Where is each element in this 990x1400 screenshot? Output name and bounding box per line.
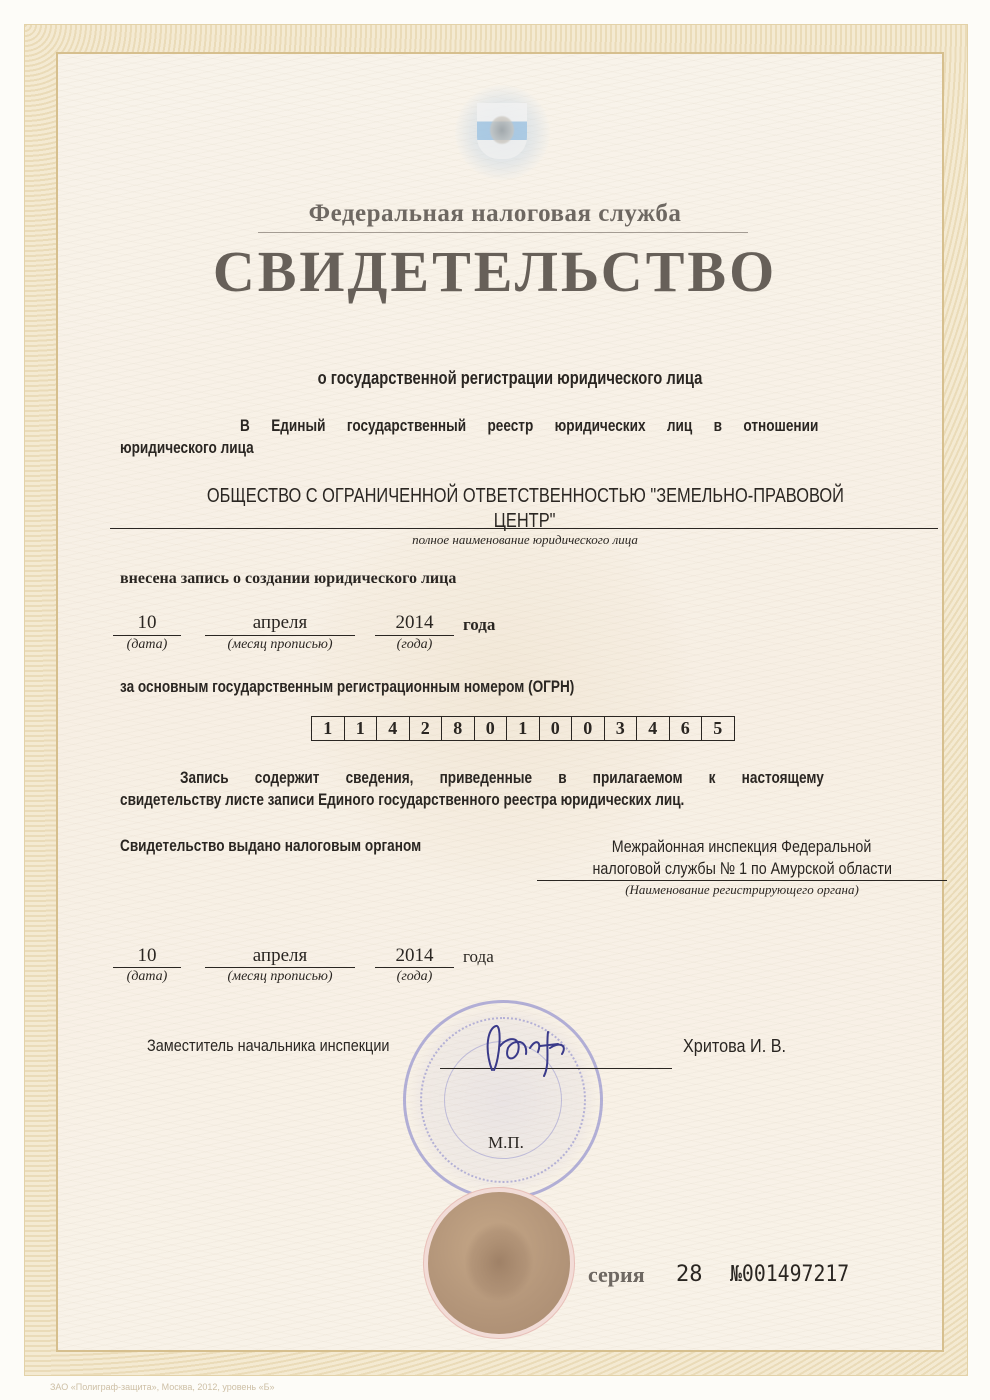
company-name-caption: полное наименование юридического лица	[110, 532, 940, 548]
ogrn-number: 1142801003465	[311, 716, 735, 741]
ogrn-digit: 4	[377, 717, 410, 740]
ogrn-digit: 0	[540, 717, 573, 740]
eagle-icon	[489, 115, 515, 145]
ogrn-digit: 0	[475, 717, 508, 740]
intro-line-1: В Единый государственный реестр юридичес…	[240, 416, 928, 436]
issue-day-caption: (дата)	[113, 969, 181, 985]
creation-year-line	[375, 635, 454, 636]
series-number: 28	[676, 1262, 703, 1287]
stamp-place-label: М.П.	[488, 1133, 524, 1153]
ogrn-digit: 1	[345, 717, 378, 740]
serial-number: №001497217	[730, 1262, 849, 1287]
ogrn-digit: 6	[670, 717, 703, 740]
issue-day-line	[113, 967, 181, 968]
ogrn-digit: 5	[702, 717, 734, 740]
record-line-1: Запись содержит сведения, приведенные в …	[180, 768, 932, 788]
creation-month-caption: (месяц прописью)	[205, 637, 355, 653]
signatory-position: Заместитель начальника инспекции	[147, 1036, 389, 1056]
printer-imprint: ЗАО «Полиграф-защита», Москва, 2012, уро…	[50, 1382, 275, 1392]
document-subtitle: о государственной регистрации юридическо…	[92, 368, 928, 389]
creation-day-caption: (дата)	[113, 637, 181, 653]
issue-month-caption: (месяц прописью)	[205, 969, 355, 985]
record-line-2: свидетельству листе записи Единого госуд…	[120, 790, 684, 810]
signature-icon	[478, 1018, 588, 1078]
series-label: серия	[588, 1262, 645, 1288]
issuing-organ-caption: (Наименование регистрирующего органа)	[537, 882, 947, 898]
issuing-organ-line-1: Межрайонная инспекция Федеральной	[612, 836, 872, 858]
issue-month: апреля	[205, 945, 355, 967]
creation-year-suffix: года	[463, 615, 495, 635]
issuing-organ-underline	[537, 880, 947, 881]
title-divider	[258, 232, 748, 233]
issue-year: 2014	[375, 945, 454, 967]
issued-by-label: Свидетельство выдано налоговым органом	[120, 836, 421, 856]
issuer-name: Федеральная налоговая служба	[0, 200, 990, 228]
ogrn-digit: 3	[605, 717, 638, 740]
ogrn-digit: 2	[410, 717, 443, 740]
company-name-line-2: ЦЕНТР"	[494, 509, 556, 534]
issue-month-line	[205, 967, 355, 968]
creation-year-caption: (года)	[375, 637, 454, 653]
issue-year-line	[375, 967, 454, 968]
creation-month: апреля	[205, 612, 355, 634]
issuing-organ-line-2: налоговой службы № 1 по Амурской области	[592, 858, 891, 880]
signatory-name: Хритова И. В.	[683, 1036, 786, 1057]
fns-emblem-icon	[455, 85, 550, 180]
creation-month-line	[205, 635, 355, 636]
ogrn-digit: 1	[312, 717, 345, 740]
document-title: СВИДЕТЕЛЬСТВО	[0, 238, 990, 305]
gold-seal-icon	[428, 1192, 570, 1334]
creation-year: 2014	[375, 612, 454, 634]
ogrn-digit: 0	[572, 717, 605, 740]
ogrn-digit: 4	[637, 717, 670, 740]
ogrn-label: за основным государственным регистрацион…	[120, 677, 574, 697]
issuing-organ: Межрайонная инспекция Федеральной налого…	[537, 836, 947, 880]
seal-eagle-icon	[464, 1222, 534, 1302]
ogrn-digit: 1	[507, 717, 540, 740]
issue-year-caption: (года)	[375, 969, 454, 985]
company-name-line-1: ОБЩЕСТВО С ОГРАНИЧЕННОЙ ОТВЕТСТВЕННОСТЬЮ…	[207, 484, 844, 509]
intro-line-2: юридического лица	[120, 438, 254, 458]
creation-statement: внесена запись о создании юридического л…	[120, 570, 456, 588]
issue-day: 10	[113, 945, 181, 967]
creation-day-line	[113, 635, 181, 636]
company-underline	[110, 528, 938, 529]
issue-year-suffix: года	[463, 947, 494, 967]
company-name: ОБЩЕСТВО С ОГРАНИЧЕННОЙ ОТВЕТСТВЕННОСТЬЮ…	[110, 484, 940, 534]
ogrn-digit: 8	[442, 717, 475, 740]
creation-day: 10	[113, 612, 181, 634]
